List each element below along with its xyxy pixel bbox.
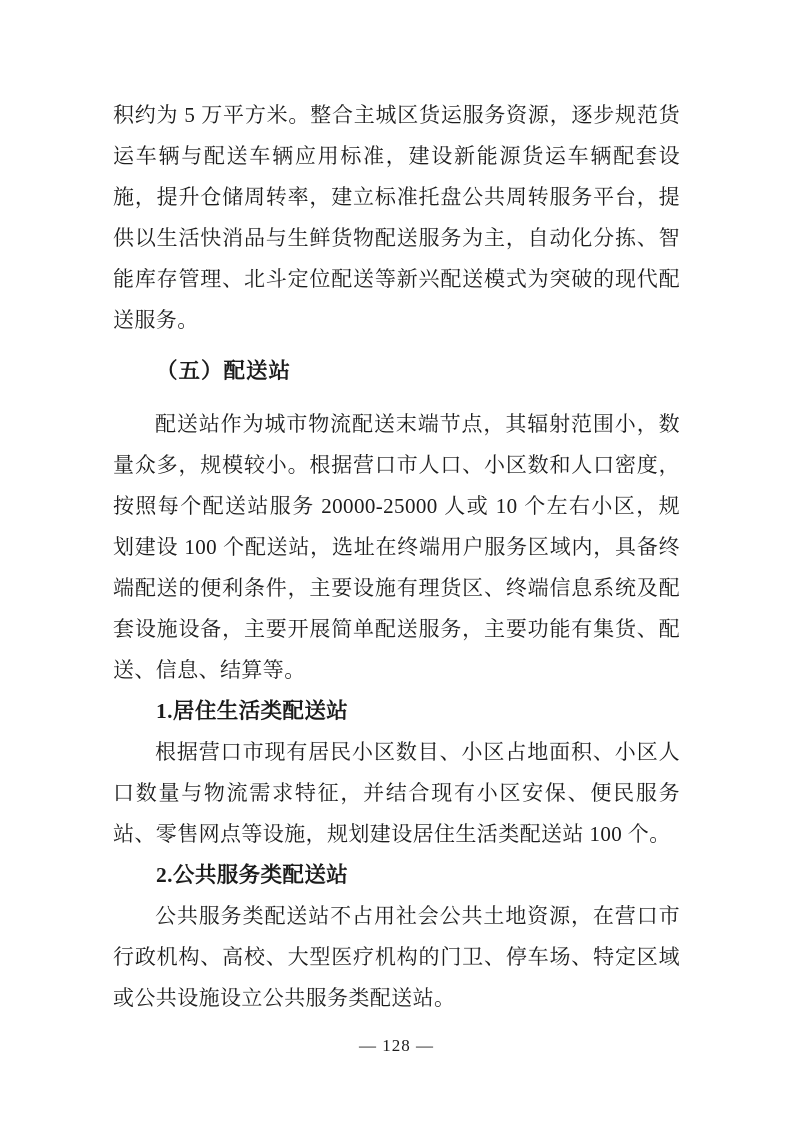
- page-content: 积约为 5 万平方米。整合主城区货运服务资源，逐步规范货运车辆与配送车辆应用标准…: [113, 95, 680, 1019]
- paragraph-public-service-delivery-station: 公共服务类配送站不占用社会公共土地资源，在营口市行政机构、高校、大型医疗机构的门…: [113, 896, 680, 1019]
- subheading-1-residential-delivery-station: 1.居住生活类配送站: [113, 691, 680, 732]
- paragraph-peisongzhan-overview: 配送站作为城市物流配送末端节点，其辐射范围小，数量众多，规模较小。根据营口市人口…: [113, 404, 680, 691]
- subheading-2-public-service-delivery-station: 2.公共服务类配送站: [113, 855, 680, 896]
- section-heading-5-peisongzhan: （五）配送站: [113, 351, 680, 392]
- page-number: — 128 —: [0, 1034, 793, 1058]
- document-page: 积约为 5 万平方米。整合主城区货运服务资源，逐步规范货运车辆与配送车辆应用标准…: [0, 0, 793, 1122]
- paragraph-continuation: 积约为 5 万平方米。整合主城区货运服务资源，逐步规范货运车辆与配送车辆应用标准…: [113, 95, 680, 341]
- paragraph-residential-delivery-station: 根据营口市现有居民小区数目、小区占地面积、小区人口数量与物流需求特征，并结合现有…: [113, 732, 680, 855]
